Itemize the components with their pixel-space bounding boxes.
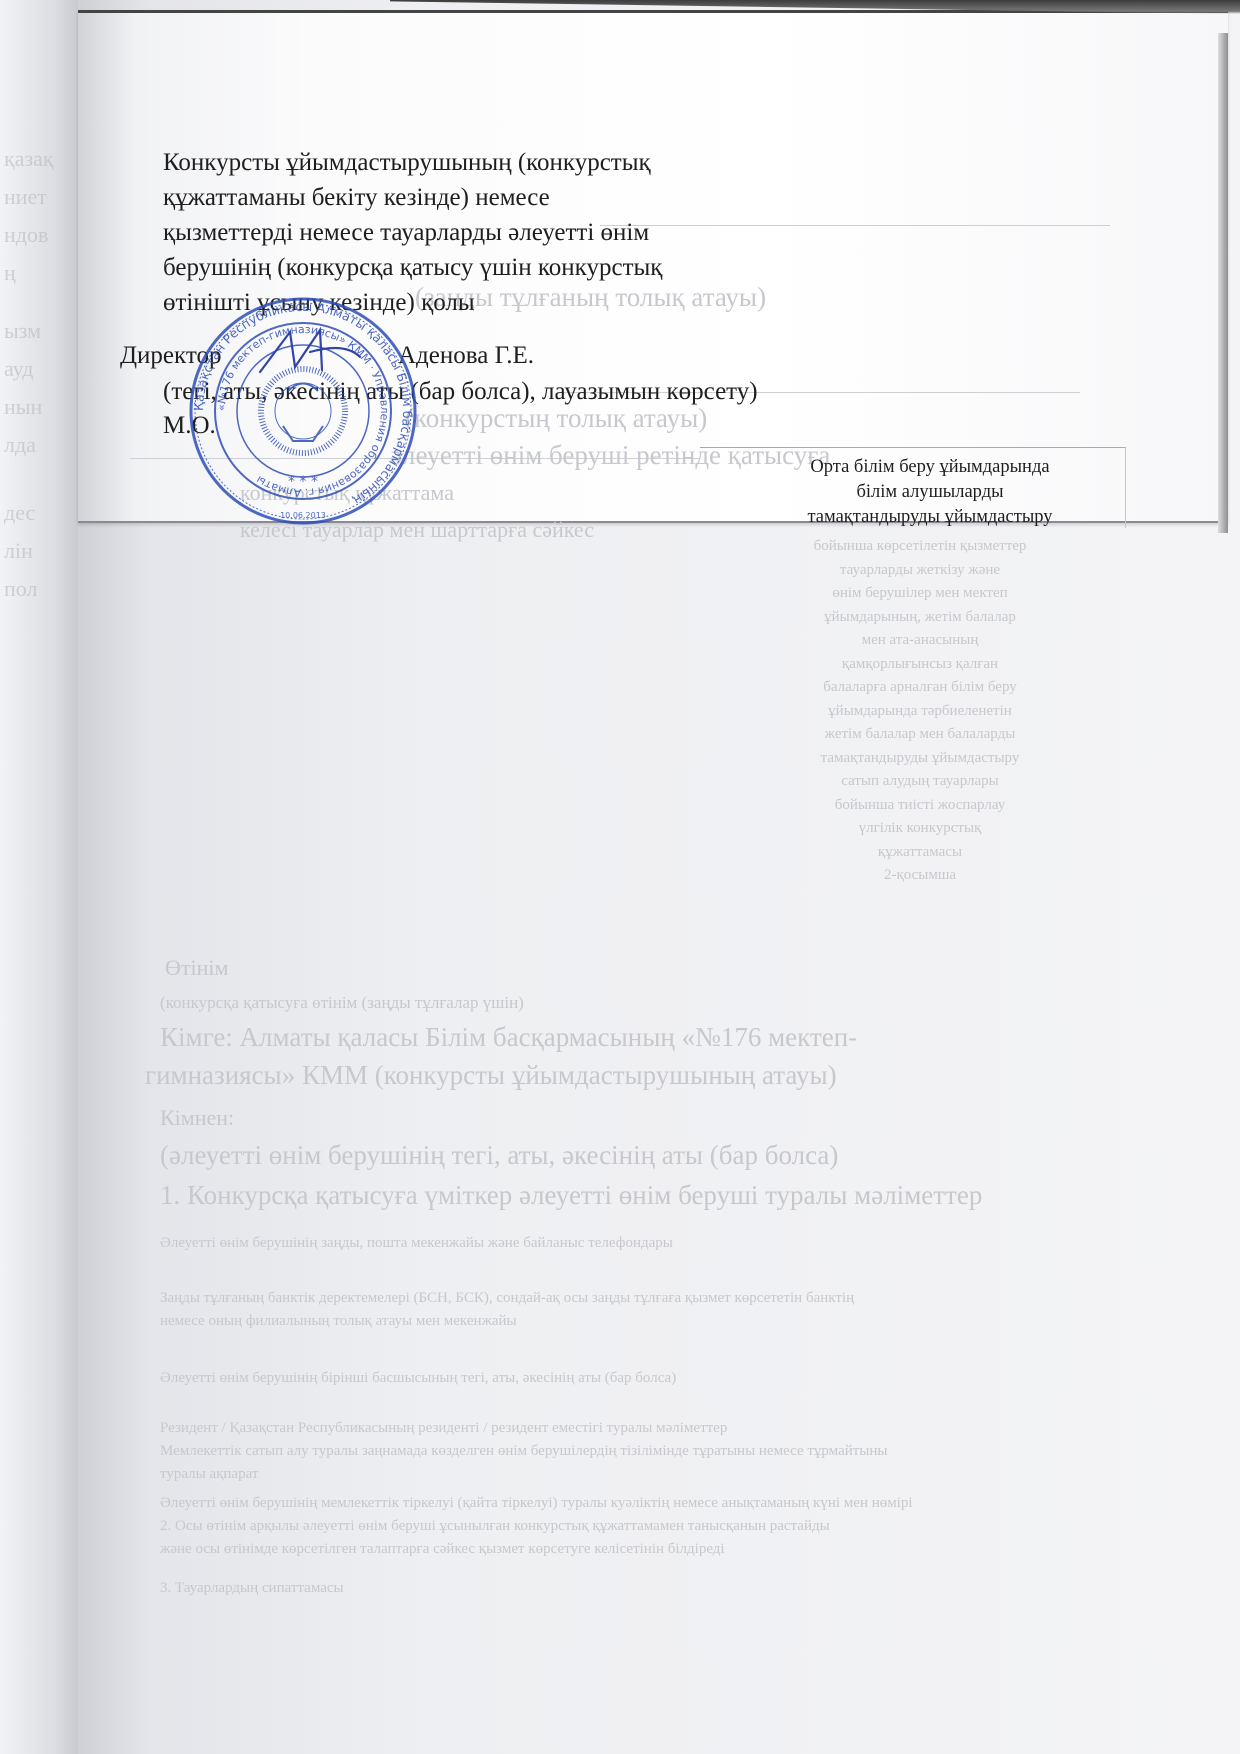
signature-block-caption: Конкурсты ұйымдастырушының (конкурстық қ… [163, 145, 662, 320]
bleed-line: немесе оның филиалының толық атауы мен м… [160, 1313, 517, 1330]
heading-line: Орта білім беру ұйымдарында [760, 455, 1100, 480]
bleed-line: гимназиясы» КММ (конкурсты ұйымдастырушы… [145, 1060, 837, 1091]
bleed-line: 2. Осы өтінім арқылы әлеуетті өнім беруш… [160, 1518, 830, 1535]
bleed-line: Мемлекеттік сатып алу туралы заңнамада к… [160, 1443, 888, 1460]
bleed-line: 1. Конкурсқа қатысуға үміткер әлеуетті ө… [160, 1180, 982, 1211]
bleed-line: Әлеуетті өнім берушінің бірінші басшысын… [160, 1370, 676, 1387]
bleed-line: (әлеуетті өнім берушінің тегі, аты, әкес… [160, 1140, 838, 1171]
heading-line: тамақтандыруды ұйымдастыру [760, 505, 1100, 530]
bleed-line: және осы өтінімде көрсетілген талаптарға… [160, 1541, 725, 1558]
caption-line: берушінің (конкурсқа қатысу үшін конкурс… [163, 250, 662, 285]
handwritten-signature-icon [250, 322, 400, 382]
svg-text:10.06.2013: 10.06.2013 [280, 511, 326, 520]
bleed-line: Заңды тұлғаның банктік деректемелері (БС… [160, 1290, 854, 1307]
caption-line: қызметтерді немесе тауарларды әлеуетті ө… [163, 215, 662, 250]
bleed-line: туралы ақпарат [160, 1466, 258, 1483]
heading-line: білім алушыларды [760, 480, 1100, 505]
signer-name: Аденова Г.Е. [398, 342, 534, 370]
caption-line: құжаттаманы бекіту кезінде) немесе [163, 180, 662, 215]
bleed-line: Әлеуетті өнім берушінің заңды, пошта мек… [160, 1235, 673, 1252]
bleed-line: Әлеуетті өнім берушінің мемлекеттік тірк… [160, 1495, 913, 1512]
page-right-edge [1218, 33, 1228, 533]
bleed-right-column-text: бойынша көрсетілетін қызметтер тауарлард… [770, 535, 1070, 888]
bleed-title: Өтінім [165, 955, 228, 981]
bleed-line: Кімге: Алматы қаласы Білім басқармасының… [160, 1022, 857, 1053]
left-edge-bleed-text: қазақниетндовң ызмауднынлда деслінпол [4, 0, 74, 1754]
caption-line: Конкурсты ұйымдастырушының (конкурстық [163, 145, 662, 180]
heading-box-text: Орта білім беру ұйымдарында білім алушыл… [760, 455, 1100, 530]
bleed-line: Резидент / Қазақстан Республикасының рез… [160, 1420, 727, 1437]
bleed-line: (конкурстың толық атауы) [405, 403, 707, 434]
bleed-underline [600, 225, 1110, 226]
bleed-line: Кімнен: [160, 1105, 234, 1131]
bleed-line: 3. Тауарлардың сипаттамасы [160, 1580, 344, 1597]
bleed-line: (конкурсқа қатысуға өтінім (заңды тұлғал… [160, 993, 524, 1013]
svg-text:* * *: * * * [288, 474, 318, 490]
